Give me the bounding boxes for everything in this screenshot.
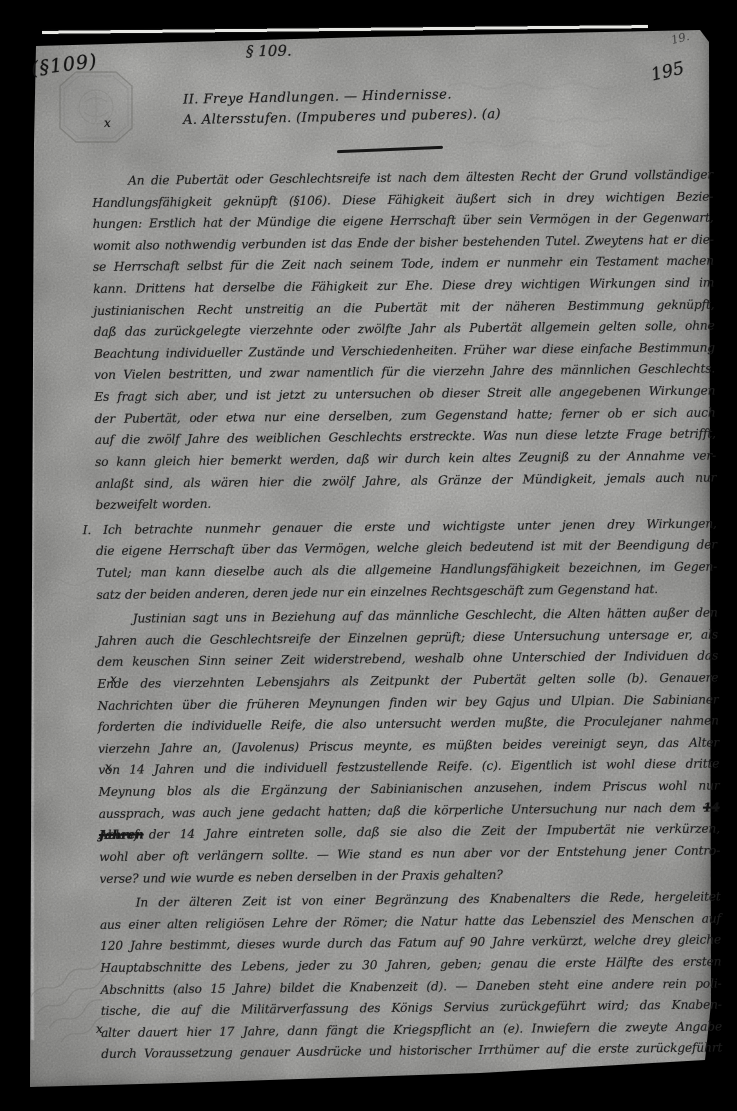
margin-x-mark: x [104,116,111,130]
section-number: § 109. [246,42,292,61]
embossed-stamp [58,70,134,144]
paragraph-4: In der älteren Zeit ist von einer Begrän… [100,887,723,1066]
scan-background: (§109) 19. 195 § 109. II. Freye Handlung… [0,0,737,1111]
line-text: aussprach, was auch jene gedacht hatten;… [99,800,696,820]
paragraph-1: An die Pubertät oder Geschlechtsreife is… [92,164,717,516]
paragraph-3: Justinian sagt uns in Beziehung auf das … [97,603,721,890]
paragraph-2: I. Ich betrachte nunmehr genauer die ers… [96,513,718,606]
manuscript-body: An die Pubertät oder Geschlechtsreife is… [92,164,722,1065]
